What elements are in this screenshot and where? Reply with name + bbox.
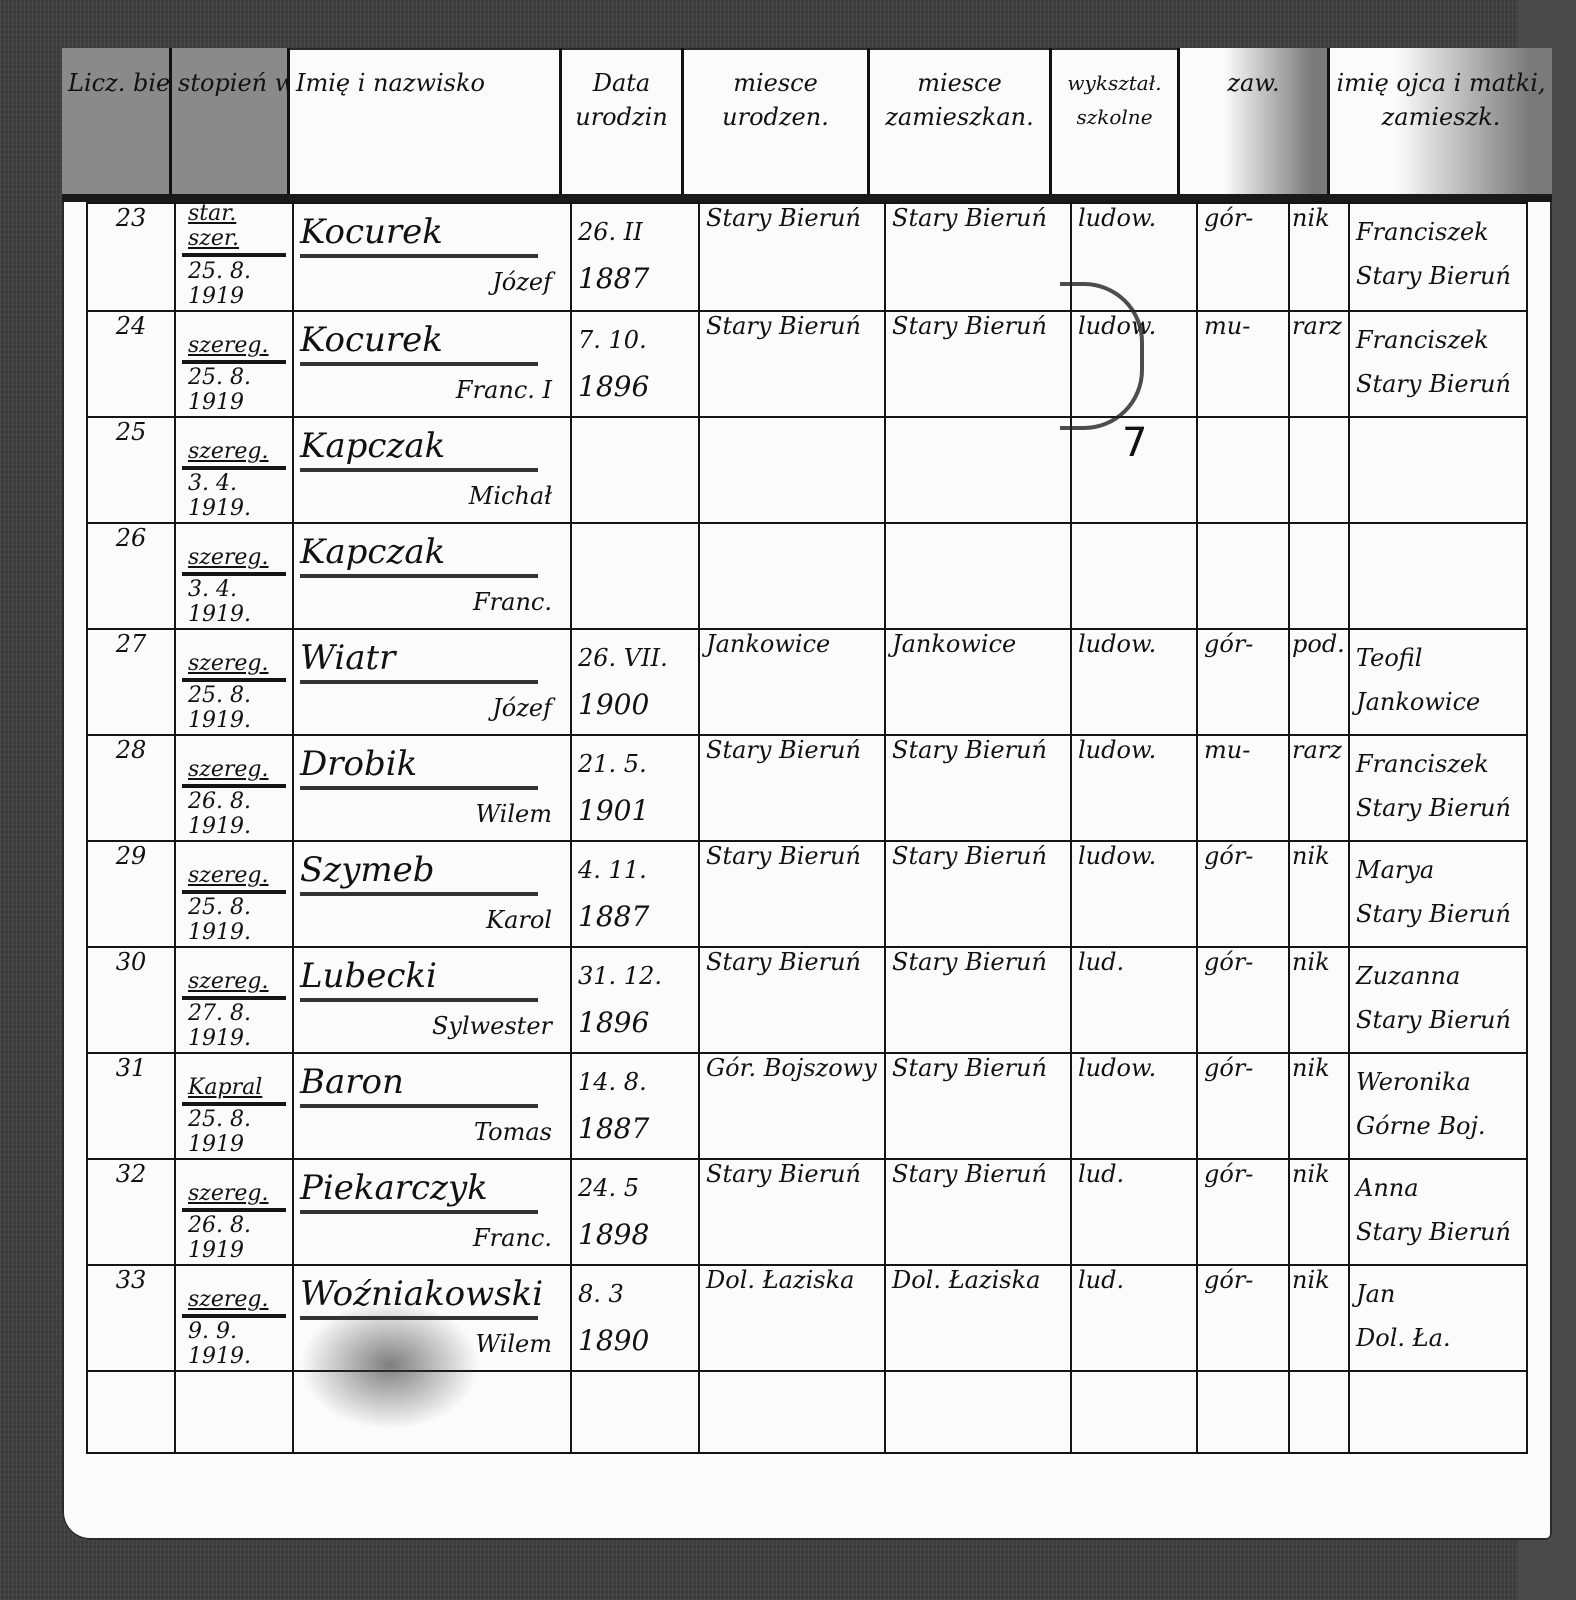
entry-number: 23 [87, 203, 175, 311]
parent-place: Stary Bieruń [1356, 1006, 1520, 1034]
parent-place: Stary Bieruń [1356, 370, 1520, 398]
table-header: Licz. bież. stopień wojskowy / wstąpił I… [62, 48, 1552, 196]
joined-date: 25. 8. 1919 [182, 1106, 286, 1158]
rank-cell: Kapral25. 8. 1919 [175, 1053, 293, 1159]
rank-cell: szereg.26. 8. 1919. [175, 735, 293, 841]
occupation-part-2: nik [1289, 1265, 1349, 1371]
parent-place: Stary Bieruń [1356, 900, 1520, 928]
parent-name: Franciszek [1356, 750, 1520, 778]
rank-cell: szereg.3. 4. 1919. [175, 417, 293, 523]
dob-day-month: 14. 8. [578, 1068, 692, 1096]
parent-cell [1349, 523, 1527, 629]
residence: Stary Bieruń [885, 1053, 1071, 1159]
joined-date: 27. 8. 1919. [182, 1000, 286, 1052]
empty-cell [1289, 1371, 1349, 1453]
table-row: 24szereg.25. 8. 1919KocurekFranc. I7. 10… [87, 311, 1527, 417]
register-table: 23star. szer.25. 8. 1919KocurekJózef26. … [86, 202, 1528, 1454]
joined-date: 25. 8. 1919. [182, 682, 286, 734]
parent-name: Teofil [1356, 644, 1520, 672]
name-cell: KapczakFranc. [293, 523, 571, 629]
entry-number: 31 [87, 1053, 175, 1159]
parent-name: Anna [1356, 1174, 1520, 1202]
dob-cell: 26. II1887 [571, 203, 699, 311]
parent-place: Stary Bieruń [1356, 794, 1520, 822]
given-name: Franc. [300, 588, 564, 616]
surname: Baron [300, 1062, 538, 1108]
entry-number: 25 [87, 417, 175, 523]
table-row: 25szereg.3. 4. 1919.KapczakMichał [87, 417, 1527, 523]
dob-year: 1887 [578, 1112, 692, 1145]
rank: szereg. [182, 842, 286, 894]
residence [885, 523, 1071, 629]
parent-place: Jankowice [1356, 688, 1520, 716]
entry-number: 29 [87, 841, 175, 947]
surname: Kocurek [300, 320, 538, 366]
rank: szereg. [182, 418, 286, 470]
header-parents: imię ojca i matki, zamieszk. [1330, 48, 1552, 196]
rank-cell: star. szer.25. 8. 1919 [175, 203, 293, 311]
table-row: 29szereg.25. 8. 1919.SzymebKarol4. 11.18… [87, 841, 1527, 947]
joined-date: 26. 8. 1919. [182, 788, 286, 840]
parent-name: Weronika [1356, 1068, 1520, 1096]
empty-cell [1071, 1371, 1197, 1453]
education: ludow. [1071, 841, 1197, 947]
dob-day-month: 7. 10. [578, 326, 692, 354]
occupation-part-1: mu- [1197, 735, 1289, 841]
empty-cell [699, 1371, 885, 1453]
dob-cell: 31. 12.1896 [571, 947, 699, 1053]
occupation-part-1 [1197, 417, 1289, 523]
surname: Piekarczyk [300, 1168, 538, 1214]
header-rank: stopień wojskowy / wstąpił [172, 48, 290, 196]
table-row: 32szereg.26. 8. 1919PiekarczykFranc.24. … [87, 1159, 1527, 1265]
name-cell: KapczakMichał [293, 417, 571, 523]
education: ludow. [1071, 629, 1197, 735]
empty-cell [175, 1371, 293, 1453]
rank: szereg. [182, 630, 286, 682]
rank: Kapral [182, 1054, 286, 1106]
occupation-part-2: nik [1289, 947, 1349, 1053]
parent-place: Stary Bieruń [1356, 1218, 1520, 1246]
dob-year: 1887 [578, 262, 692, 295]
birthplace: Jankowice [699, 629, 885, 735]
rank-cell: szereg.25. 8. 1919 [175, 311, 293, 417]
education: ludow. [1071, 1053, 1197, 1159]
rank: star. szer. [182, 204, 286, 257]
occupation-part-1: gór- [1197, 1053, 1289, 1159]
entry-number: 33 [87, 1265, 175, 1371]
parent-name: Franciszek [1356, 326, 1520, 354]
surname: Szymeb [300, 850, 538, 896]
education: lud. [1071, 947, 1197, 1053]
parent-cell: AnnaStary Bieruń [1349, 1159, 1527, 1265]
occupation-part-1: gór- [1197, 1265, 1289, 1371]
dob-cell: 24. 51898 [571, 1159, 699, 1265]
birthplace: Gór. Bojszowy [699, 1053, 885, 1159]
entry-number: 26 [87, 523, 175, 629]
joined-date: 3. 4. 1919. [182, 576, 286, 628]
residence: Stary Bieruń [885, 311, 1071, 417]
parent-cell: MaryaStary Bieruń [1349, 841, 1527, 947]
given-name: Sylwester [300, 1012, 564, 1040]
table-row: 23star. szer.25. 8. 1919KocurekJózef26. … [87, 203, 1527, 311]
occupation-part-1: gór- [1197, 841, 1289, 947]
name-cell: LubeckiSylwester [293, 947, 571, 1053]
name-cell: PiekarczykFranc. [293, 1159, 571, 1265]
education [1071, 523, 1197, 629]
education: ludow. [1071, 735, 1197, 841]
parent-place: Górne Boj. [1356, 1112, 1520, 1140]
entry-number: 30 [87, 947, 175, 1053]
occupation-part-1: gór- [1197, 203, 1289, 311]
margin-annotation: 7 [1122, 420, 1147, 466]
rank: szereg. [182, 524, 286, 576]
empty-cell [1349, 1371, 1527, 1453]
rank-cell: szereg.25. 8. 1919. [175, 841, 293, 947]
occupation-part-1 [1197, 523, 1289, 629]
entry-number: 28 [87, 735, 175, 841]
residence: Stary Bieruń [885, 841, 1071, 947]
rank: szereg. [182, 1266, 286, 1318]
dob-day-month: 8. 3 [578, 1280, 692, 1308]
dob-year: 1900 [578, 688, 692, 721]
occupation-part-1: gór- [1197, 947, 1289, 1053]
dob-day-month: 24. 5 [578, 1174, 692, 1202]
header-birthplace: miesce urodzen. [684, 48, 870, 196]
dob-cell: 7. 10.1896 [571, 311, 699, 417]
birthplace: Stary Bieruń [699, 947, 885, 1053]
empty-cell [571, 1371, 699, 1453]
dob-cell: 4. 11.1887 [571, 841, 699, 947]
rank: szereg. [182, 1160, 286, 1212]
name-cell: KocurekFranc. I [293, 311, 571, 417]
parent-name: Franciszek [1356, 218, 1520, 246]
surname: Drobik [300, 744, 538, 790]
residence: Stary Bieruń [885, 947, 1071, 1053]
header-dob: Data urodzin [562, 48, 684, 196]
parent-cell: FranciszekStary Bieruń [1349, 735, 1527, 841]
empty-cell [87, 1371, 175, 1453]
dob-day-month: 26. II [578, 218, 692, 246]
occupation-part-1: gór- [1197, 629, 1289, 735]
dob-year: 1901 [578, 794, 692, 827]
birthplace: Stary Bieruń [699, 735, 885, 841]
dob-year: 1896 [578, 370, 692, 403]
rank-cell: szereg.26. 8. 1919 [175, 1159, 293, 1265]
entry-number: 24 [87, 311, 175, 417]
residence [885, 417, 1071, 523]
dob-day-month: 31. 12. [578, 962, 692, 990]
given-name: Tomas [300, 1118, 564, 1146]
joined-date: 25. 8. 1919 [182, 257, 286, 310]
dob-cell: 14. 8.1887 [571, 1053, 699, 1159]
occupation-part-1: mu- [1197, 311, 1289, 417]
surname: Wiatr [300, 638, 538, 684]
given-name: Karol [300, 906, 564, 934]
joined-date: 3. 4. 1919. [182, 470, 286, 522]
joined-date: 25. 8. 1919. [182, 894, 286, 946]
parent-place: Stary Bieruń [1356, 262, 1520, 290]
rank-cell: szereg.27. 8. 1919. [175, 947, 293, 1053]
joined-date: 9. 9. 1919. [182, 1318, 286, 1370]
name-cell: BaronTomas [293, 1053, 571, 1159]
empty-cell [1197, 1371, 1289, 1453]
table-row: 31Kapral25. 8. 1919BaronTomas14. 8.1887G… [87, 1053, 1527, 1159]
table-row: 30szereg.27. 8. 1919.LubeckiSylwester31.… [87, 947, 1527, 1053]
occupation-part-2: nik [1289, 1159, 1349, 1265]
given-name: Franc. I [300, 376, 564, 404]
header-lp: Licz. bież. [62, 48, 172, 196]
residence: Stary Bieruń [885, 735, 1071, 841]
empty-cell [885, 1371, 1071, 1453]
rank: szereg. [182, 312, 286, 364]
parent-cell: TeofilJankowice [1349, 629, 1527, 735]
birthplace: Dol. Łaziska [699, 1265, 885, 1371]
occupation-part-2: nik [1289, 841, 1349, 947]
birthplace [699, 523, 885, 629]
given-name: Franc. [300, 1224, 564, 1252]
parent-name: Zuzanna [1356, 962, 1520, 990]
surname: Lubecki [300, 956, 538, 1002]
dob-year: 1896 [578, 1006, 692, 1039]
table-row: 28szereg.26. 8. 1919.DrobikWilem21. 5.19… [87, 735, 1527, 841]
parent-place: Dol. Ła. [1356, 1324, 1520, 1352]
rank-cell: szereg.9. 9. 1919. [175, 1265, 293, 1371]
name-cell: SzymebKarol [293, 841, 571, 947]
occupation-part-2 [1289, 417, 1349, 523]
birthplace [699, 417, 885, 523]
table-row: 26szereg.3. 4. 1919.KapczakFranc. [87, 523, 1527, 629]
surname: Kocurek [300, 212, 538, 258]
dob-day-month: 4. 11. [578, 856, 692, 884]
dob-cell: 8. 31890 [571, 1265, 699, 1371]
education: lud. [1071, 1159, 1197, 1265]
header-divider [62, 194, 1552, 202]
dob-year: 1890 [578, 1324, 692, 1357]
residence: Stary Bieruń [885, 1159, 1071, 1265]
joined-date: 25. 8. 1919 [182, 364, 286, 416]
birthplace: Stary Bieruń [699, 1159, 885, 1265]
surname: Kapczak [300, 426, 538, 472]
dob-cell [571, 523, 699, 629]
given-name: Michał [300, 482, 564, 510]
parent-cell: FranciszekStary Bieruń [1349, 203, 1527, 311]
name-cell: WiatrJózef [293, 629, 571, 735]
parent-cell: WeronikaGórne Boj. [1349, 1053, 1527, 1159]
parent-name: Jan [1356, 1280, 1520, 1308]
residence: Jankowice [885, 629, 1071, 735]
dob-day-month: 21. 5. [578, 750, 692, 778]
header-occupation: zaw. [1180, 48, 1330, 196]
residence: Stary Bieruń [885, 203, 1071, 311]
given-name: Józef [300, 268, 564, 296]
parent-cell: ZuzannaStary Bieruń [1349, 947, 1527, 1053]
joined-date: 26. 8. 1919 [182, 1212, 286, 1264]
entry-number: 27 [87, 629, 175, 735]
occupation-part-2 [1289, 523, 1349, 629]
parent-cell [1349, 417, 1527, 523]
header-name: Imię i nazwisko [290, 48, 562, 196]
occupation-part-2: pod. [1289, 629, 1349, 735]
rank: szereg. [182, 948, 286, 1000]
dob-year: 1887 [578, 900, 692, 933]
surname: Kapczak [300, 532, 538, 578]
birthplace: Stary Bieruń [699, 841, 885, 947]
occupation-part-2: nik [1289, 203, 1349, 311]
given-name: Wilem [300, 800, 564, 828]
birthplace: Stary Bieruń [699, 203, 885, 311]
parent-cell: FranciszekStary Bieruń [1349, 311, 1527, 417]
header-residence: miesce zamieszkan. [870, 48, 1052, 196]
dob-cell: 26. VII.1900 [571, 629, 699, 735]
table-row: 27szereg.25. 8. 1919.WiatrJózef26. VII.1… [87, 629, 1527, 735]
dob-year: 1898 [578, 1218, 692, 1251]
occupation-part-1: gór- [1197, 1159, 1289, 1265]
residence: Dol. Łaziska [885, 1265, 1071, 1371]
dob-day-month: 26. VII. [578, 644, 692, 672]
rank: szereg. [182, 736, 286, 788]
dob-cell [571, 417, 699, 523]
education: lud. [1071, 1265, 1197, 1371]
header-education: wykształ. szkolne [1052, 48, 1180, 196]
parent-name: Marya [1356, 856, 1520, 884]
ink-smudge [300, 1300, 480, 1430]
entry-number: 32 [87, 1159, 175, 1265]
occupation-part-2: rarz [1289, 311, 1349, 417]
occupation-part-2: rarz [1289, 735, 1349, 841]
rank-cell: szereg.3. 4. 1919. [175, 523, 293, 629]
name-cell: DrobikWilem [293, 735, 571, 841]
parent-cell: JanDol. Ła. [1349, 1265, 1527, 1371]
dob-cell: 21. 5.1901 [571, 735, 699, 841]
occupation-part-2: nik [1289, 1053, 1349, 1159]
given-name: Józef [300, 694, 564, 722]
rank-cell: szereg.25. 8. 1919. [175, 629, 293, 735]
birthplace: Stary Bieruń [699, 311, 885, 417]
name-cell: KocurekJózef [293, 203, 571, 311]
